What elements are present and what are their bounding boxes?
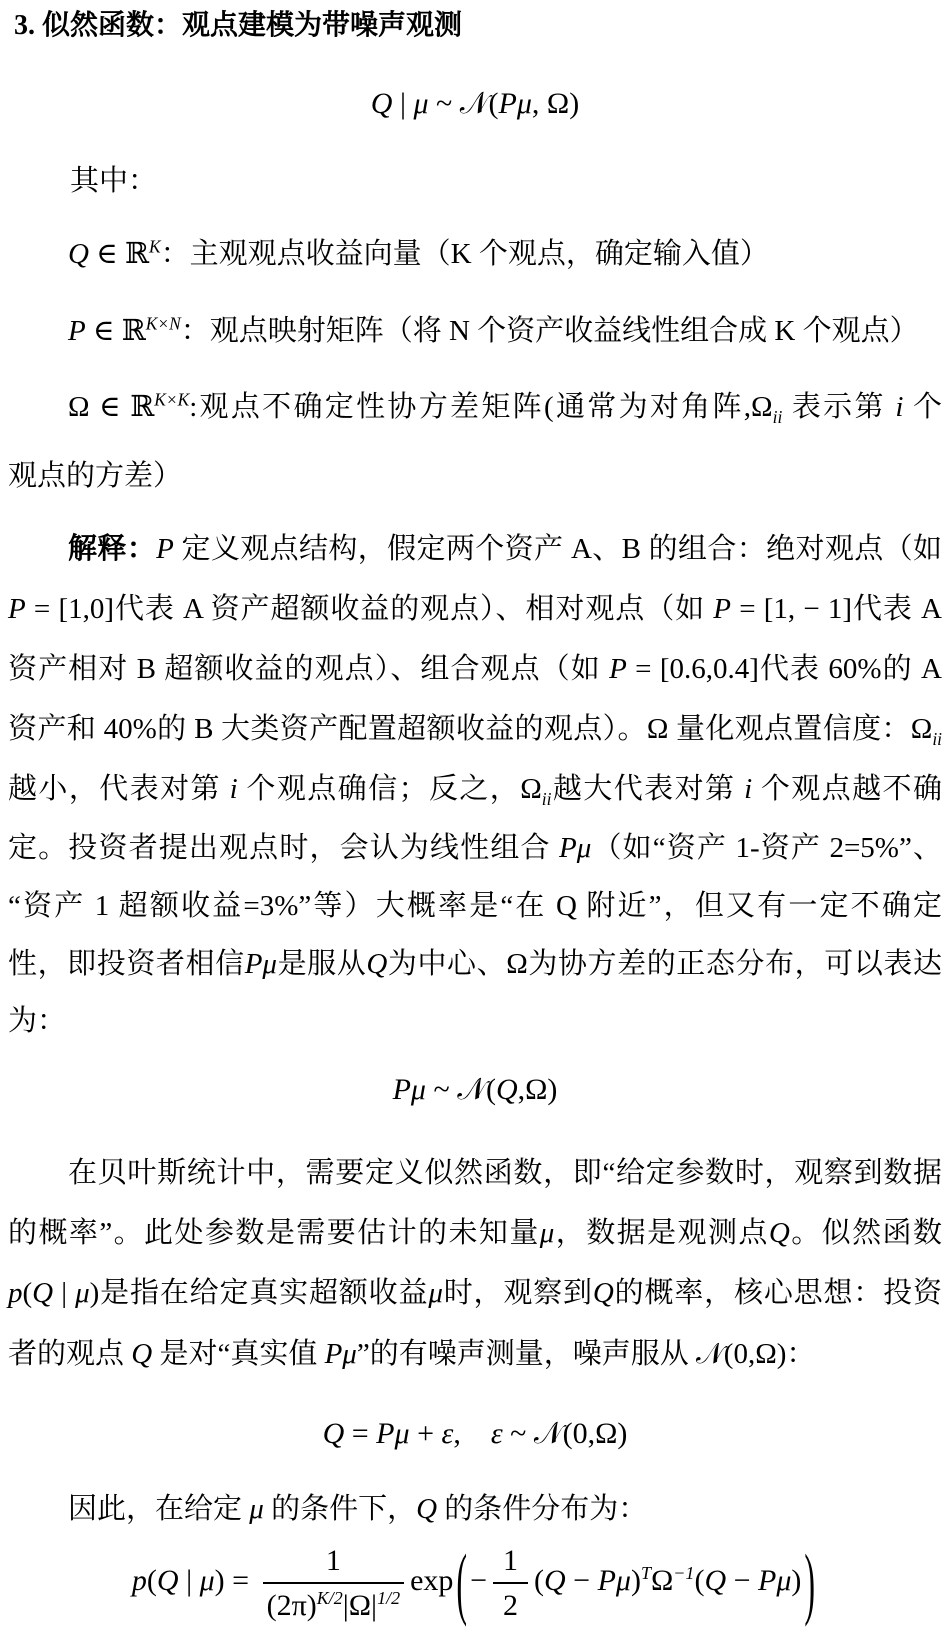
bayes-paragraph-line-3: p(Q | μ)是指在给定真实超额收益μ时，观察到Q的概率，核心思想：投资 <box>8 1272 942 1314</box>
explain-paragraph-line-2: P = [1,0]代表 A 资产超额收益的观点）、相对观点（如 P = [1, … <box>8 588 942 630</box>
fraction: 1(2π)K/2|Ω|1/2 <box>263 1545 404 1621</box>
formula-likelihood-density: p(Q | μ) = 1(2π)K/2|Ω|1/2exp(−12(Q − Pμ)… <box>0 1545 950 1621</box>
conclusion-line: 因此，在给定 μ 的条件下，Q 的条件分布为： <box>68 1488 647 1530</box>
definition-p: P ∈ ℝK×N：观点映射矩阵（将 N 个资产收益线性组合成 K 个观点） <box>68 310 919 352</box>
bayes-paragraph-line-4: 者的观点 Q 是对“真实值 Pμ”的有噪声测量，噪声服从 𝒩(0,Ω)： <box>8 1332 815 1375</box>
explain-paragraph-line-3: 资产相对 B 超额收益的观点）、组合观点（如 P = [0.6,0.4]代表 6… <box>8 648 942 690</box>
definition-omega: Ω ∈ ℝK×K:观点不确定性协方差矩阵(通常为对角阵,Ωii 表示第 i 个 <box>68 386 942 428</box>
explain-paragraph-line-1: 解释：P 定义观点结构，假定两个资产 A、B 的组合：绝对观点（如 <box>68 528 942 570</box>
section-heading: 3. 似然函数：观点建模为带噪声观测 <box>14 8 462 44</box>
explain-paragraph-line-5: 越小，代表对第 i 个观点确信；反之，Ωii越大代表对第 i 个观点越不确 <box>8 768 942 810</box>
big-parenthesis: ( <box>453 1542 470 1622</box>
formula-noise-model: Q = Pμ + ε, ε ~ 𝒩(0,Ω) <box>0 1412 950 1456</box>
bayes-paragraph-line-1: 在贝叶斯统计中，需要定义似然函数，即“给定参数时，观察到数据 <box>68 1152 942 1194</box>
fraction: 12 <box>493 1545 528 1621</box>
definition-q: Q ∈ ℝK：主观观点收益向量（K 个观点，确定输入值） <box>68 233 769 275</box>
bayes-paragraph-line-2: 的概率”。此处参数是需要估计的未知量μ，数据是观测点Q。似然函数 <box>8 1212 942 1254</box>
formula-view-model: Q | μ ~ 𝒩(Pμ, Ω) <box>0 82 950 126</box>
explain-paragraph-line-6: 定。投资者提出观点时，会认为线性组合 Pμ（如“资产 1-资产 2=5%”、 <box>8 827 942 869</box>
explain-paragraph-line-4: 资产和 40%的 B 大类资产配置超额收益的观点）。Ω 量化观点置信度：Ωii <box>8 708 942 750</box>
document-page: 3. 似然函数：观点建模为带噪声观测 Q | μ ~ 𝒩(Pμ, Ω) 其中： … <box>0 0 950 1638</box>
explain-paragraph-line-8: 性，即投资者相信Pμ是服从Q为中心、Ω为协方差的正态分布，可以表达 <box>8 943 942 985</box>
formula-pmu-distribution: Pμ ~ 𝒩(Q,Ω) <box>0 1068 950 1112</box>
big-parenthesis: ) <box>801 1542 818 1622</box>
explain-paragraph-line-7: “资产 1 超额收益=3%”等）大概率是“在 Q 附近”，但又有一定不确定 <box>8 885 942 927</box>
where-label: 其中： <box>70 160 157 202</box>
explain-paragraph-line-9: 为： <box>8 1000 66 1042</box>
definition-omega-continued: 观点的方差） <box>8 455 182 497</box>
